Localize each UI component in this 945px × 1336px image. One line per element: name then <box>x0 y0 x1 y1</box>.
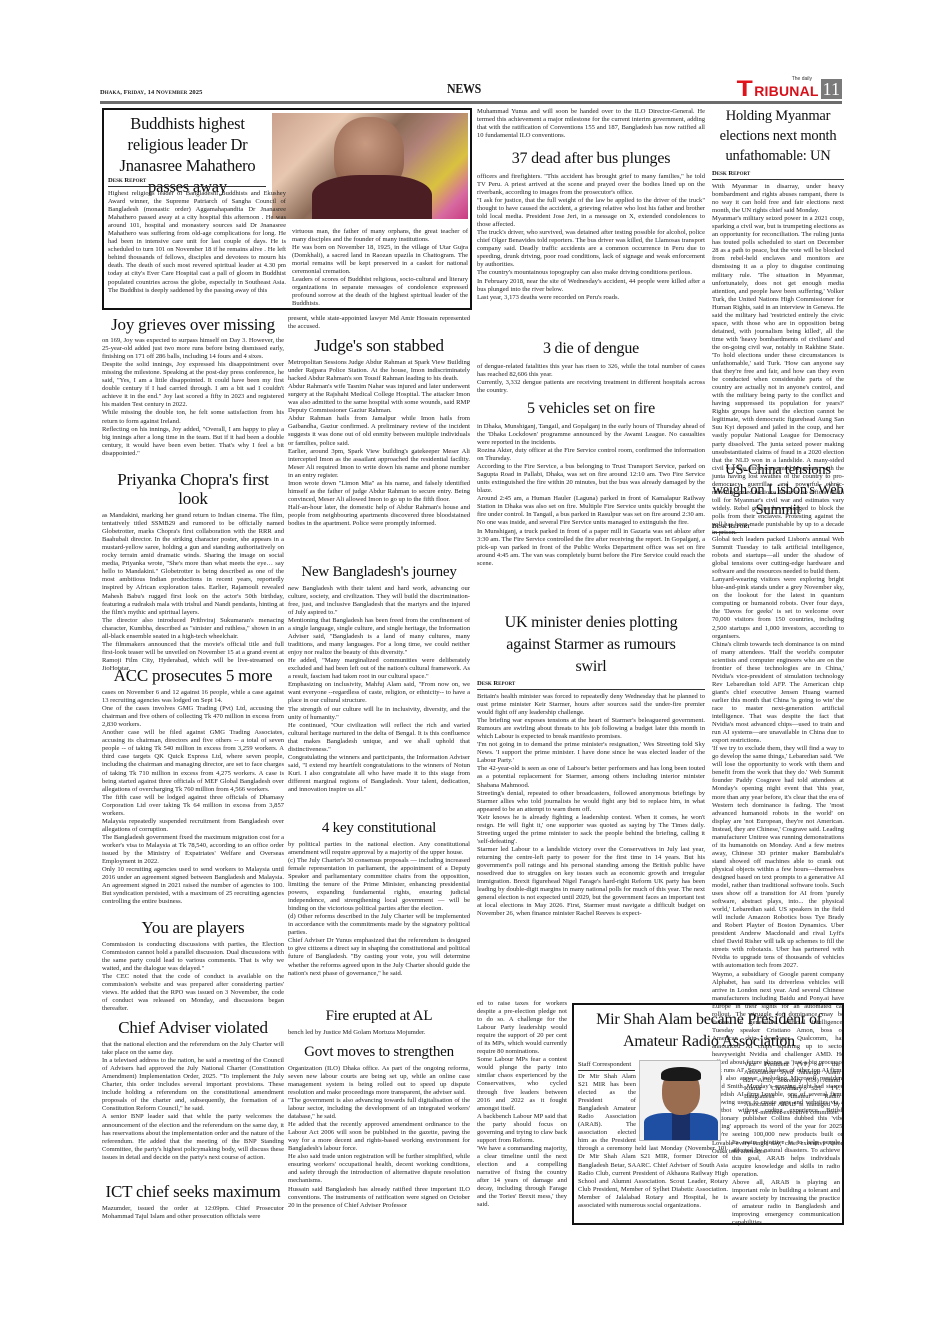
headline: Holding Myanmar elections next month unf… <box>712 106 844 166</box>
byline: Desk Report <box>108 177 266 187</box>
headline: ICT chief seeks maximum <box>102 1182 284 1201</box>
article-body: in Dhaka, Munshiganj, Tangail, and Gopal… <box>477 423 705 568</box>
headline: Joy grieves over missing <box>102 315 284 334</box>
article-mir-shah-alam: Mir Shah Alam became President of Amateu… <box>572 1003 844 1225</box>
headline: Chief Adviser violated <box>102 1018 284 1037</box>
article-body: of dengue-related fatalities this year h… <box>477 363 705 395</box>
headline: 4 key constitutional <box>288 820 470 837</box>
article-buddhist-leader: Buddhists highest religious leader Dr Jn… <box>102 108 472 310</box>
headline: UK minister denies plotting against Star… <box>477 612 705 678</box>
article-dengue: 3 die of dengue of dengue-related fatali… <box>477 340 705 395</box>
article-body: as Mandakini, marking her grand return t… <box>102 512 284 673</box>
article-body-col2-top: Vice President (VP) of the Association S… <box>744 1061 840 1117</box>
byline: Desk Report <box>477 680 705 690</box>
article-body: on 169, Joy was expected to surpass hims… <box>102 337 284 458</box>
article-body: Britain's health minister was forced to … <box>477 693 705 918</box>
headline: US-China tensions weigh on Lisbon's Web … <box>712 460 844 520</box>
article-body-col1: Highest religious leader of Bangladeshi … <box>108 190 286 308</box>
article-bus-plunge: 37 dead after bus plunges officers and f… <box>477 150 705 302</box>
newspaper-logo: The daily T RIBUNAL 11 <box>738 77 842 99</box>
article-govt-moves: Govt moves to strengthen Organization (I… <box>288 1044 470 1210</box>
headline: 37 dead after bus plunges <box>477 150 705 168</box>
logo-wordmark: RIBUNAL <box>754 83 818 99</box>
headline: 5 vehicles set on fire <box>477 400 705 418</box>
article-you-are-players: You are players Commission is conducting… <box>102 918 284 1013</box>
article-vehicles-fire: 5 vehicles set on fire in Dhaka, Munshig… <box>477 400 705 568</box>
article-uk-minister: UK minister denies plotting against Star… <box>477 612 705 918</box>
logo-tagline: The daily <box>792 76 812 82</box>
page-number: 11 <box>821 79 842 99</box>
article-body: Metropolitan Sessions Judge Abdur Rahman… <box>288 359 470 528</box>
article-body-col2: virtuous man, the father of many orphans… <box>292 228 468 308</box>
headline: Govt moves to strengthen <box>288 1044 470 1061</box>
article-fire-al: Fire erupted at AL bench led by Justice … <box>288 1008 470 1037</box>
article-body: Mazumder, issued the order at 12:09pm. C… <box>102 1205 284 1221</box>
masthead: Dhaka, Friday, 14 November 2025 NEWS The… <box>100 80 842 100</box>
byline: Staff Correspondent <box>578 1061 635 1071</box>
article-body: new Bangladesh with their talent and har… <box>288 585 470 794</box>
article-body: Commission is conducting discussions wit… <box>102 941 284 1013</box>
article-body: officers and firefighters. "This acciden… <box>477 173 705 302</box>
article-chief-adviser: Chief Adviser violated that the national… <box>102 1018 284 1162</box>
article-body: bench led by Justice Md Golam Mortuza Mo… <box>288 1029 470 1037</box>
article-body: Organization (ILO) Dhaka office. As part… <box>288 1065 470 1210</box>
headline: Priyanka Chopra's first look <box>102 470 284 508</box>
article-joy: Joy grieves over missing on 169, Joy was… <box>102 315 284 458</box>
article-body: cases on November 6 and 12 against 16 pe… <box>102 689 284 906</box>
article-uk-minister-continued: ed to raise taxes for workers despite a … <box>477 1000 567 1209</box>
byline: Desk Report <box>712 170 844 180</box>
newspaper-page: Dhaka, Friday, 14 November 2025 NEWS The… <box>0 0 945 1336</box>
article-continuation: present, while state-appointed lawyer Md… <box>288 315 470 331</box>
article-body-col1: Dr Mir Shah Alam S21 MIR has been electe… <box>578 1073 728 1210</box>
article-acc: ACC prosecutes 5 more cases on November … <box>102 666 284 906</box>
monk-portrait-image <box>272 113 468 219</box>
article-body-col2-bottom: Its main objective is to help people aff… <box>732 1139 840 1228</box>
logo-initial: T <box>736 79 752 99</box>
article-priyanka: Priyanka Chopra's first look as Mandakin… <box>102 470 284 673</box>
article-body: that the national election and the refer… <box>102 1041 284 1162</box>
article-new-bangladesh: New Bangladesh's journey new Bangladesh … <box>288 564 470 794</box>
headline: Fire erupted at AL <box>288 1008 470 1025</box>
article-body: by political parties in the national ele… <box>288 841 470 978</box>
byline: Desk Report <box>712 523 844 533</box>
headline: New Bangladesh's journey <box>288 564 470 581</box>
headline: Judge's son stabbed <box>288 336 470 355</box>
masthead-rule <box>100 101 842 104</box>
article-ict-chief: ICT chief seeks maximum Mazumder, issued… <box>102 1182 284 1221</box>
headline: ACC prosecutes 5 more <box>102 666 284 685</box>
photo-figure-robe <box>312 175 432 219</box>
article-judge-son: Judge's son stabbed Metropolitan Session… <box>288 336 470 528</box>
headline: 3 die of dengue <box>477 340 705 358</box>
section-title: NEWS <box>447 82 481 98</box>
headline: Mir Shah Alam became President of Amateu… <box>578 1009 840 1053</box>
headline: You are players <box>102 918 284 937</box>
dateline: Dhaka, Friday, 14 November 2025 <box>100 89 202 96</box>
article-constitutional: 4 key constitutional by political partie… <box>288 820 470 978</box>
article-continuation-ilo: Muhammad Yunus and will soon be handed o… <box>477 108 705 140</box>
body-text: Highest religious leader of Bangladeshi … <box>108 190 286 295</box>
